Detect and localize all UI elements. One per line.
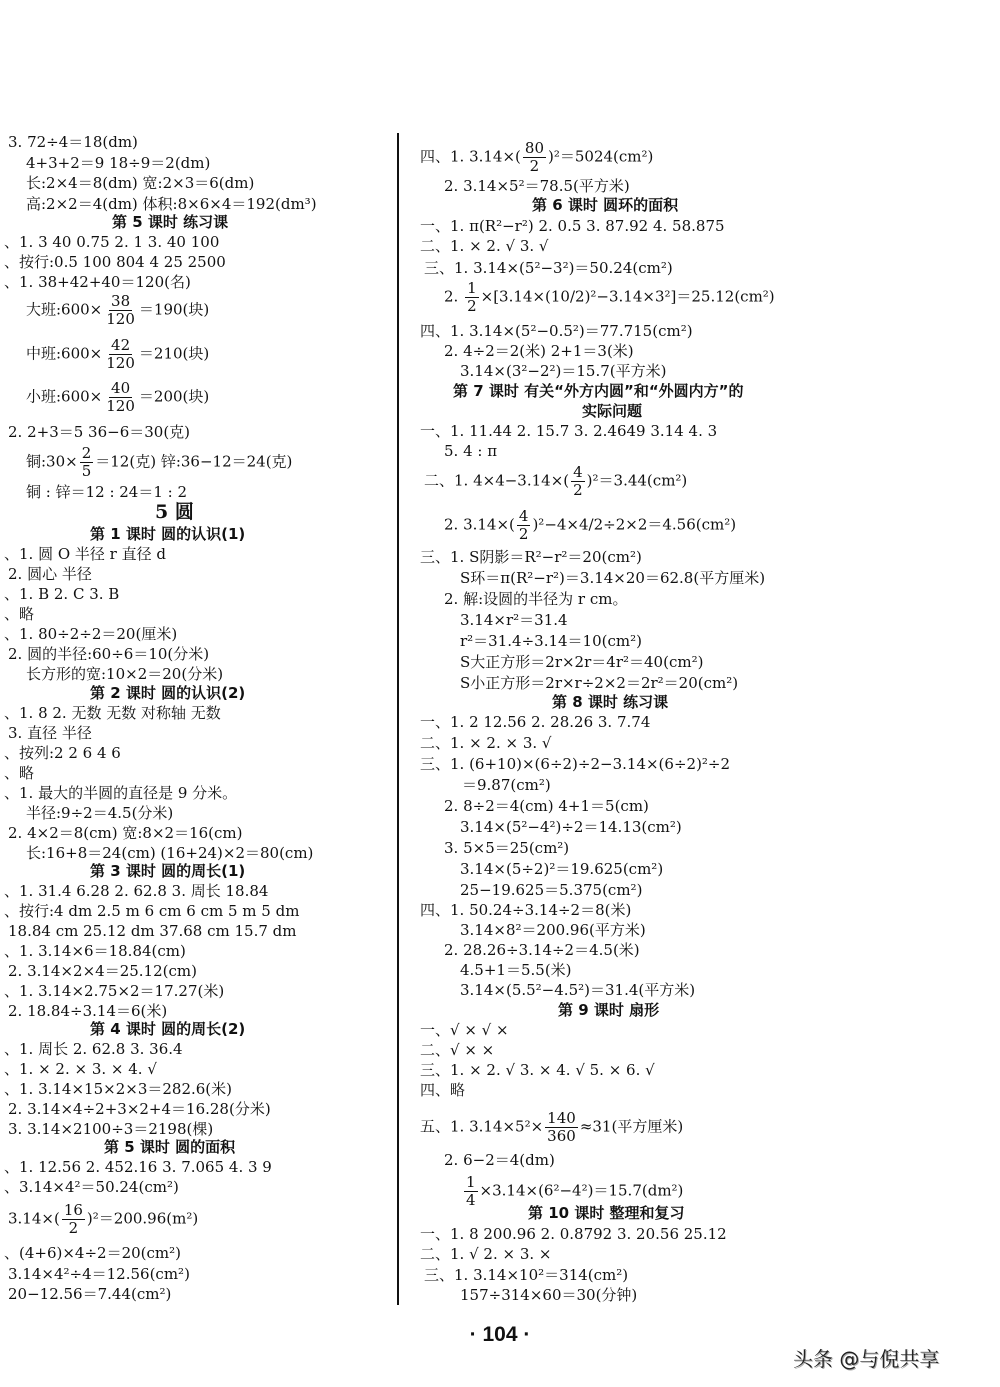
answer-line: 半径:9÷2＝4.5(分米)	[26, 804, 173, 822]
answer-text: 第 3 课时 圆的周长(1)	[90, 862, 245, 880]
answer-text: 三、1. S阴影＝R²−r²＝20(cm²)	[420, 548, 642, 566]
answer-text-after: ×[3.14×(10/2)²−3.14×3²]＝25.12(cm²)	[481, 288, 775, 306]
answer-text: 2. 3.14×4÷2+3×2+4＝16.28(分米)	[8, 1100, 271, 1118]
answer-line: 3.14×(5÷2)²＝19.625(cm²)	[460, 860, 663, 878]
answer-line: 三、1. S阴影＝R²−r²＝20(cm²)	[420, 548, 642, 566]
answer-text: 半径:9÷2＝4.5(分米)	[26, 804, 173, 822]
answer-line: 、1. 31.4 6.28 2. 62.8 3. 周长 18.84	[4, 882, 268, 900]
answer-line: 、1. 38+42+40＝120(名)	[4, 273, 191, 291]
answer-text-after: ≈31(平方厘米)	[580, 1118, 683, 1136]
answer-text: 第 1 课时 圆的认识(1)	[90, 525, 245, 543]
answer-line: 3.14×r²＝31.4	[460, 611, 568, 629]
answer-text: 、略	[4, 764, 34, 782]
answer-text: 一、1. 2 12.56 2. 28.26 3. 7.74	[420, 713, 650, 731]
answer-line: 3.14×8²＝200.96(平方米)	[460, 921, 646, 939]
answer-text: 、1. 12.56 2. 452.16 3. 7.065 4. 3 9	[4, 1158, 272, 1176]
answer-line: 20−12.56＝7.44(cm²)	[8, 1285, 171, 1303]
fraction: 14	[464, 1174, 478, 1209]
answer-text: 铜 : 锌＝12 : 24＝1 : 2	[26, 483, 187, 501]
answer-line: 3.14×(5.5²−4.5²)＝31.4(平方米)	[460, 981, 695, 999]
answer-text: 3.14×4²÷4＝12.56(cm²)	[8, 1265, 190, 1283]
answer-text: 、(4+6)×4÷2＝20(cm²)	[4, 1244, 181, 1262]
answer-text: 2.	[444, 288, 463, 306]
answer-line: 2. 圆心 半径	[8, 565, 92, 583]
answer-line: S大正方形＝2r×2r＝4r²＝40(cm²)	[460, 653, 703, 671]
answer-line: 、1. 3.14×6＝18.84(cm)	[4, 942, 186, 960]
answer-text: r²＝31.4÷3.14＝10(cm²)	[460, 632, 642, 650]
answer-line: 、1. 3.14×15×2×3＝282.6(米)	[4, 1080, 232, 1098]
answer-line: 五、1. 3.14×5²×140360≈31(平方厘米)	[420, 1110, 683, 1145]
section-heading: 第 5 课时 练习课	[112, 213, 228, 231]
answer-line: 一、√ × √ ×	[420, 1021, 509, 1039]
answer-text-after: ＝200(块)	[139, 388, 209, 406]
denominator: 2	[465, 298, 479, 315]
answer-line: 25−19.625＝5.375(cm²)	[460, 881, 642, 899]
answer-text: 157÷314×60＝30(分钟)	[460, 1286, 637, 1304]
answer-line: 长:16+8＝24(cm) (16+24)×2＝80(cm)	[26, 844, 313, 862]
answer-line: 2. 圆的半径:60÷6＝10(分米)	[8, 645, 209, 663]
answer-line: 高:2×2＝4(dm) 体积:8×6×4＝192(dm³)	[26, 195, 317, 213]
answer-text: 四、1. 3.14×(	[420, 148, 521, 166]
answer-line: 、1. 圆 O 半径 r 直径 d	[4, 545, 166, 563]
answer-line: 中班:600×42120＝210(块)	[26, 337, 209, 372]
answer-text: 、1. 最大的半圆的直径是 9 分米。	[4, 784, 237, 802]
answer-line: 、1. 3.14×2.75×2＝17.27(米)	[4, 982, 224, 1000]
section-heading: 第 1 课时 圆的认识(1)	[90, 525, 245, 543]
answer-line: 2. 4×2＝8(cm) 宽:8×2＝16(cm)	[8, 824, 243, 842]
numerator: 4	[517, 508, 531, 526]
answer-line: 2. 2+3＝5 36−6＝30(克)	[8, 423, 190, 441]
section-heading: 第 2 课时 圆的认识(2)	[90, 684, 245, 702]
answer-text: 第 5 课时 练习课	[112, 213, 228, 231]
answer-text: 、略	[4, 605, 34, 623]
denominator: 120	[104, 355, 137, 372]
answer-line: 四、1. 3.14×(5²−0.5²)＝77.715(cm²)	[420, 322, 693, 340]
answer-text: 四、1. 3.14×(5²−0.5²)＝77.715(cm²)	[420, 322, 693, 340]
answer-text: 、1. 3.14×6＝18.84(cm)	[4, 942, 186, 960]
answer-text: 高:2×2＝4(dm) 体积:8×6×4＝192(dm³)	[26, 195, 317, 213]
answer-line: 二、1. 4×4−3.14×(42)²＝3.44(cm²)	[424, 464, 687, 499]
answer-text: 3.14×(5²−4²)÷2＝14.13(cm²)	[460, 818, 682, 836]
answer-text: 、1. 周长 2. 62.8 3. 36.4	[4, 1040, 183, 1058]
fraction: 40120	[104, 380, 137, 415]
answer-line: 2. 3.14×(42)²−4×4/2÷2×2＝4.56(cm²)	[444, 508, 736, 543]
answer-line: 3.14×(3²−2²)＝15.7(平方米)	[460, 362, 666, 380]
answer-text: 3.14×(	[8, 1210, 60, 1228]
numerator: 1	[465, 280, 479, 298]
numerator: 16	[62, 1202, 85, 1220]
answer-line: 一、1. 8 200.96 2. 0.8792 3. 20.56 25.12	[420, 1225, 727, 1243]
answer-text: 二、1. 4×4−3.14×(	[424, 472, 569, 490]
answer-text: 三、1. × 2. √ 3. × 4. √ 5. × 6. √	[420, 1061, 655, 1079]
answer-line: 一、1. 2 12.56 2. 28.26 3. 7.74	[420, 713, 650, 731]
answer-line: 小班:600×40120＝200(块)	[26, 380, 209, 415]
answer-text-after: )²−4×4/2÷2×2＝4.56(cm²)	[532, 516, 736, 534]
answer-text: 实际问题	[582, 402, 642, 420]
numerator: 80	[523, 140, 546, 158]
answer-line: 二、1. × 2. × 3. √	[420, 734, 551, 752]
answer-text: 3.14×(5.5²−4.5²)＝31.4(平方米)	[460, 981, 695, 999]
answer-text: S环＝π(R²−r²)＝3.14×20＝62.8(平方厘米)	[460, 569, 765, 587]
answer-line: 三、1. 3.14×(5²−3²)＝50.24(cm²)	[424, 259, 673, 277]
answer-text: 、按行:0.5 100 804 4 25 2500	[4, 253, 226, 271]
answer-text: 长:16+8＝24(cm) (16+24)×2＝80(cm)	[26, 844, 313, 862]
answer-text: 2. 解:设圆的半径为 r cm。	[444, 590, 627, 608]
answer-line: 、按列:2 2 6 4 6	[4, 744, 121, 762]
answer-line: 、略	[4, 605, 34, 623]
answer-text: 2. 8÷2＝4(cm) 4+1＝5(cm)	[444, 797, 649, 815]
answer-text: 第 4 课时 圆的周长(2)	[90, 1020, 245, 1038]
fraction: 140360	[545, 1110, 578, 1145]
answer-text-after: )²＝3.44(cm²)	[587, 472, 688, 490]
answer-text: 3. 直径 半径	[8, 724, 92, 742]
answer-text: 2. 3.14×5²＝78.5(平方米)	[444, 177, 630, 195]
answer-text: 、1. B 2. C 3. B	[4, 585, 119, 603]
answer-line: 三、1. 3.14×10²＝314(cm²)	[424, 1266, 628, 1284]
answer-text: 5 圆	[155, 501, 194, 523]
column-divider	[397, 133, 399, 1305]
answer-line: 、3.14×4²＝50.24(cm²)	[4, 1178, 179, 1196]
answer-line: 、1. 最大的半圆的直径是 9 分米。	[4, 784, 237, 802]
denominator: 120	[104, 311, 137, 328]
fraction: 802	[523, 140, 546, 175]
fraction: 38120	[104, 293, 137, 328]
answer-text: 、1. × 2. × 3. × 4. √	[4, 1060, 157, 1078]
answer-line: 一、1. π(R²−r²) 2. 0.5 3. 87.92 4. 58.875	[420, 217, 725, 235]
section-heading: 第 6 课时 圆环的面积	[532, 196, 678, 214]
answer-text: 一、1. 11.44 2. 15.7 3. 2.4649 3.14 4. 3	[420, 422, 717, 440]
numerator: 2	[80, 445, 94, 463]
answer-text: 2. 圆的半径:60÷6＝10(分米)	[8, 645, 209, 663]
answer-line: 3. 72÷4＝18(dm)	[8, 133, 138, 151]
answer-line: 长:2×4＝8(dm) 宽:2×3＝6(dm)	[26, 174, 254, 192]
answer-text: 二、1. √ 2. × 3. ×	[420, 1245, 551, 1263]
section-heading: 实际问题	[582, 402, 642, 420]
answer-line: 长方形的宽:10×2＝20(分米)	[26, 665, 223, 683]
numerator: 4	[571, 464, 585, 482]
answer-line: 18.84 cm 25.12 dm 37.68 cm 15.7 dm	[8, 922, 297, 940]
answer-line: 铜 : 锌＝12 : 24＝1 : 2	[26, 483, 187, 501]
answer-text: 2. 28.26÷3.14÷2＝4.5(米)	[444, 941, 640, 959]
section-heading: 第 7 课时 有关“外方内圆”和“外圆内方”的	[453, 382, 744, 400]
denominator: 2	[517, 526, 531, 543]
answer-text: 2. 圆心 半径	[8, 565, 92, 583]
answer-text: 、1. 80÷2÷2＝20(厘米)	[4, 625, 177, 643]
answer-text: 、1. 3.14×15×2×3＝282.6(米)	[4, 1080, 232, 1098]
answer-line: 、1. 80÷2÷2＝20(厘米)	[4, 625, 177, 643]
denominator: 2	[571, 482, 585, 499]
answer-text: 三、1. 3.14×10²＝314(cm²)	[424, 1266, 628, 1284]
fraction: 42120	[104, 337, 137, 372]
fraction: 42	[517, 508, 531, 543]
denominator: 2	[528, 158, 542, 175]
answer-line: r²＝31.4÷3.14＝10(cm²)	[460, 632, 642, 650]
answer-line: 一、1. 11.44 2. 15.7 3. 2.4649 3.14 4. 3	[420, 422, 717, 440]
answer-text: 第 8 课时 练习课	[552, 693, 668, 711]
answer-line: 157÷314×60＝30(分钟)	[460, 1286, 637, 1304]
answer-line: 2. 18.84÷3.14＝6(米)	[8, 1002, 167, 1020]
section-heading: 第 10 课时 整理和复习	[528, 1204, 685, 1222]
numerator: 140	[545, 1110, 578, 1128]
answer-line: 2. 3.14×5²＝78.5(平方米)	[444, 177, 630, 195]
denominator: 4	[464, 1192, 478, 1209]
answer-text: 、1. 8 2. 无数 无数 对称轴 无数	[4, 704, 221, 722]
answer-line: 2. 解:设圆的半径为 r cm。	[444, 590, 627, 608]
answer-line: 、1. 12.56 2. 452.16 3. 7.065 4. 3 9	[4, 1158, 272, 1176]
answer-line: 2. 4÷2＝2(米) 2+1＝3(米)	[444, 342, 634, 360]
answer-line: 、略	[4, 764, 34, 782]
answer-text: 3.14×8²＝200.96(平方米)	[460, 921, 646, 939]
answer-line: 四、略	[420, 1081, 465, 1099]
denominator: 2	[67, 1220, 81, 1237]
fraction: 25	[80, 445, 94, 480]
answer-line: 3.14×(162)²＝200.96(m²)	[8, 1202, 198, 1237]
answer-line: S环＝π(R²−r²)＝3.14×20＝62.8(平方厘米)	[460, 569, 765, 587]
answer-line: 、(4+6)×4÷2＝20(cm²)	[4, 1244, 181, 1262]
answer-text: 四、略	[420, 1081, 465, 1099]
answer-text: 二、√ × ×	[420, 1041, 494, 1059]
fraction: 162	[62, 1202, 85, 1237]
answer-line: 、1. 3 40 0.75 2. 1 3. 40 100	[4, 233, 219, 251]
answer-text: 4+3+2＝9 18÷9＝2(dm)	[26, 154, 210, 172]
answer-text: 3. 3.14×2100÷3＝2198(棵)	[8, 1120, 213, 1138]
answer-key-page: 3. 72÷4＝18(dm)4+3+2＝9 18÷9＝2(dm)长:2×4＝8(…	[0, 0, 1000, 1387]
answer-text: 3.14×(3²−2²)＝15.7(平方米)	[460, 362, 666, 380]
answer-text: 二、1. × 2. × 3. √	[420, 734, 551, 752]
section-heading: 第 4 课时 圆的周长(2)	[90, 1020, 245, 1038]
answer-text: 20−12.56＝7.44(cm²)	[8, 1285, 171, 1303]
denominator: 120	[104, 398, 137, 415]
answer-text: 、1. 31.4 6.28 2. 62.8 3. 周长 18.84	[4, 882, 268, 900]
answer-text: 中班:600×	[26, 345, 102, 363]
answer-line: 2. 6−2＝4(dm)	[444, 1151, 555, 1169]
answer-line: 3. 3.14×2100÷3＝2198(棵)	[8, 1120, 213, 1138]
answer-text: 长方形的宽:10×2＝20(分米)	[26, 665, 223, 683]
answer-line: 2. 12×[3.14×(10/2)²−3.14×3²]＝25.12(cm²)	[444, 280, 775, 315]
section-heading: 5 圆	[155, 503, 194, 521]
answer-text: 二、1. × 2. √ 3. √	[420, 237, 548, 255]
answer-text: 三、1. (6+10)×(6÷2)÷2−3.14×(6÷2)²÷2	[420, 755, 730, 773]
answer-text: 、1. 3.14×2.75×2＝17.27(米)	[4, 982, 224, 1000]
numerator: 38	[109, 293, 132, 311]
answer-line: 2. 3.14×2×4＝25.12(cm)	[8, 962, 197, 980]
answer-text-after: ＝12(克) 锌:36−12＝24(克)	[95, 453, 292, 471]
answer-text: 铜:30×	[26, 453, 78, 471]
answer-text: 、1. 3 40 0.75 2. 1 3. 40 100	[4, 233, 219, 251]
answer-text: 第 10 课时 整理和复习	[528, 1204, 685, 1222]
answer-text: 3. 72÷4＝18(dm)	[8, 133, 138, 151]
answer-text: 第 7 课时 有关“外方内圆”和“外圆内方”的	[453, 382, 744, 400]
answer-text: 、按行:4 dm 2.5 m 6 cm 6 cm 5 m 5 dm	[4, 902, 299, 920]
answer-text: 4.5+1＝5.5(米)	[460, 961, 572, 979]
answer-line: 三、1. × 2. √ 3. × 4. √ 5. × 6. √	[420, 1061, 655, 1079]
answer-line: 、1. 8 2. 无数 无数 对称轴 无数	[4, 704, 221, 722]
watermark: 头条 @与倪共享	[793, 1343, 939, 1372]
fraction: 42	[571, 464, 585, 499]
answer-text: 第 9 课时 扇形	[558, 1001, 659, 1019]
answer-text: S小正方形＝2r×r÷2×2＝2r²＝20(cm²)	[460, 674, 738, 692]
answer-line: 5. 4 : π	[444, 442, 497, 460]
section-heading: 第 9 课时 扇形	[558, 1001, 659, 1019]
answer-text-after: ×3.14×(6²−4²)＝15.7(dm²)	[480, 1182, 684, 1200]
answer-line: 、1. × 2. × 3. × 4. √	[4, 1060, 157, 1078]
answer-text: 第 2 课时 圆的认识(2)	[90, 684, 245, 702]
denominator: 360	[545, 1128, 578, 1145]
answer-text: 2. 3.14×2×4＝25.12(cm)	[8, 962, 197, 980]
answer-text: 小班:600×	[26, 388, 102, 406]
answer-text: 第 5 课时 圆的面积	[104, 1138, 235, 1156]
answer-text: 、按列:2 2 6 4 6	[4, 744, 121, 762]
answer-text: 2. 4÷2＝2(米) 2+1＝3(米)	[444, 342, 634, 360]
answer-text: S大正方形＝2r×2r＝4r²＝40(cm²)	[460, 653, 703, 671]
answer-line: 4+3+2＝9 18÷9＝2(dm)	[26, 154, 210, 172]
answer-line: 3.14×(5²−4²)÷2＝14.13(cm²)	[460, 818, 682, 836]
answer-text: 一、√ × √ ×	[420, 1021, 509, 1039]
answer-line: 3. 直径 半径	[8, 724, 92, 742]
answer-line: 3. 5×5＝25(cm²)	[444, 839, 569, 857]
answer-text: 2. 3.14×(	[444, 516, 515, 534]
answer-line: 2. 3.14×4÷2+3×2+4＝16.28(分米)	[8, 1100, 271, 1118]
answer-text: 第 6 课时 圆环的面积	[532, 196, 678, 214]
answer-text: 2. 2+3＝5 36−6＝30(克)	[8, 423, 190, 441]
answer-line: 四、1. 50.24÷3.14÷2＝8(米)	[420, 901, 631, 919]
answer-text: 2. 18.84÷3.14＝6(米)	[8, 1002, 167, 1020]
answer-text: 一、1. π(R²−r²) 2. 0.5 3. 87.92 4. 58.875	[420, 217, 725, 235]
denominator: 5	[80, 463, 94, 480]
answer-text: 、1. 38+42+40＝120(名)	[4, 273, 191, 291]
answer-text-after: ＝210(块)	[139, 345, 209, 363]
answer-line: 二、√ × ×	[420, 1041, 494, 1059]
answer-text: 2. 4×2＝8(cm) 宽:8×2＝16(cm)	[8, 824, 243, 842]
answer-text: 5. 4 : π	[444, 442, 497, 460]
answer-line: ＝9.87(cm²)	[462, 776, 551, 794]
answer-text: 长:2×4＝8(dm) 宽:2×3＝6(dm)	[26, 174, 254, 192]
answer-text: 3. 5×5＝25(cm²)	[444, 839, 569, 857]
answer-line: 3.14×4²÷4＝12.56(cm²)	[8, 1265, 190, 1283]
answer-line: 2. 28.26÷3.14÷2＝4.5(米)	[444, 941, 640, 959]
answer-text: 2. 6−2＝4(dm)	[444, 1151, 555, 1169]
answer-text: 五、1. 3.14×5²×	[420, 1118, 543, 1136]
numerator: 1	[464, 1174, 478, 1192]
answer-text-after: )²＝200.96(m²)	[87, 1210, 198, 1228]
answer-line: 三、1. (6+10)×(6÷2)÷2−3.14×(6÷2)²÷2	[420, 755, 730, 773]
answer-text: 一、1. 8 200.96 2. 0.8792 3. 20.56 25.12	[420, 1225, 727, 1243]
answer-line: 4.5+1＝5.5(米)	[460, 961, 572, 979]
answer-text: 3.14×(5÷2)²＝19.625(cm²)	[460, 860, 663, 878]
section-heading: 第 5 课时 圆的面积	[104, 1138, 235, 1156]
section-heading: 第 8 课时 练习课	[552, 693, 668, 711]
answer-text: ＝9.87(cm²)	[462, 776, 551, 794]
section-heading: 第 3 课时 圆的周长(1)	[90, 862, 245, 880]
answer-text-after: ＝190(块)	[139, 301, 209, 319]
answer-text: 三、1. 3.14×(5²−3²)＝50.24(cm²)	[424, 259, 673, 277]
numerator: 40	[109, 380, 132, 398]
answer-text: 18.84 cm 25.12 dm 37.68 cm 15.7 dm	[8, 922, 297, 940]
answer-line: 二、1. × 2. √ 3. √	[420, 237, 548, 255]
answer-text: 25−19.625＝5.375(cm²)	[460, 881, 642, 899]
answer-line: 大班:600×38120＝190(块)	[26, 293, 209, 328]
answer-line: 、1. 周长 2. 62.8 3. 36.4	[4, 1040, 183, 1058]
answer-text: 四、1. 50.24÷3.14÷2＝8(米)	[420, 901, 631, 919]
answer-line: 2. 8÷2＝4(cm) 4+1＝5(cm)	[444, 797, 649, 815]
answer-line: 铜:30×25＝12(克) 锌:36−12＝24(克)	[26, 445, 292, 480]
answer-line: 二、1. √ 2. × 3. ×	[420, 1245, 551, 1263]
answer-text: 大班:600×	[26, 301, 102, 319]
answer-line: S小正方形＝2r×r÷2×2＝2r²＝20(cm²)	[460, 674, 738, 692]
fraction: 12	[465, 280, 479, 315]
numerator: 42	[109, 337, 132, 355]
answer-text: 3.14×r²＝31.4	[460, 611, 568, 629]
answer-text-after: )²＝5024(cm²)	[548, 148, 653, 166]
answer-line: 、按行:0.5 100 804 4 25 2500	[4, 253, 226, 271]
answer-text: 、3.14×4²＝50.24(cm²)	[4, 1178, 179, 1196]
answer-line: 、按行:4 dm 2.5 m 6 cm 6 cm 5 m 5 dm	[4, 902, 299, 920]
answer-text: 、1. 圆 O 半径 r 直径 d	[4, 545, 166, 563]
answer-line: 、1. B 2. C 3. B	[4, 585, 119, 603]
answer-line: 四、1. 3.14×(802)²＝5024(cm²)	[420, 140, 653, 175]
